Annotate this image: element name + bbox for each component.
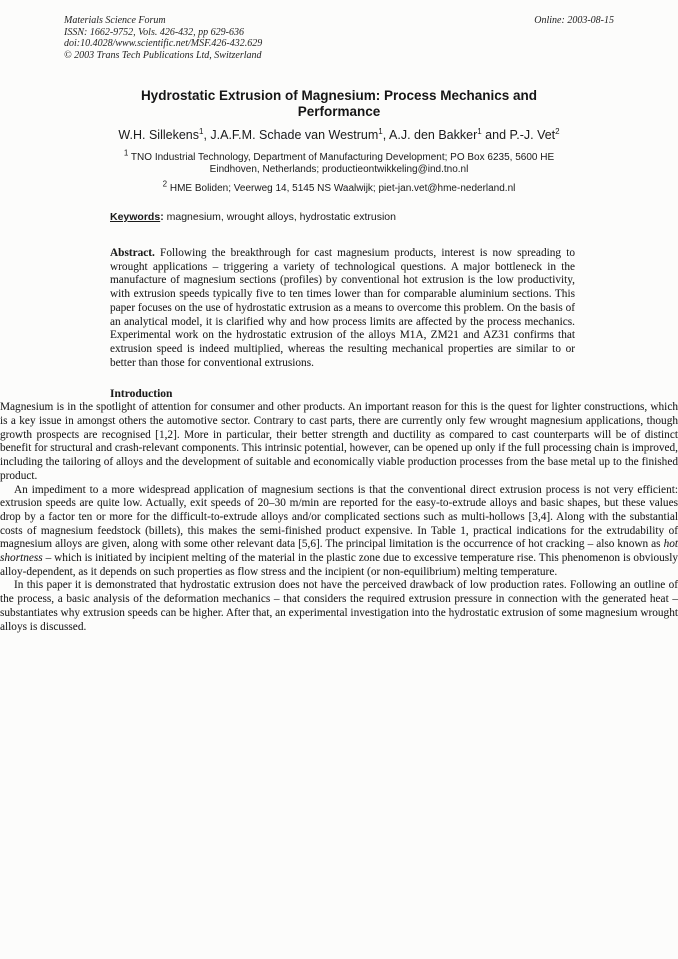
doi-line: doi:10.4028/www.scientific.net/MSF.426-4… [64,38,262,50]
author-name: , J.A.F.M. Schade van Westrum [203,128,378,142]
paragraph-2-text-after: – which is initiated by incipient meltin… [0,552,678,578]
affiliation-2: 2 HME Boliden; Veerweg 14, 5145 NS Waalw… [107,183,572,196]
paper-page: Materials Science Forum ISSN: 1662-9752,… [0,0,678,959]
section-heading-introduction: Introduction [110,387,575,401]
affiliation-2-text: HME Boliden; Veerweg 14, 5145 NS Waalwij… [167,183,515,194]
authors-line: W.H. Sillekens1, J.A.F.M. Schade van Wes… [107,127,572,144]
author-name: W.H. Sillekens [118,128,199,142]
paper-title: Hydrostatic Extrusion of Magnesium: Proc… [129,88,549,120]
issn-volume-pages-line: ISSN: 1662-9752, Vols. 426-432, pp 629-6… [64,27,262,39]
affiliation-1-text: TNO Industrial Technology, Department of… [128,152,554,176]
abstract-paragraph: Abstract. Following the breakthrough for… [110,247,575,370]
keywords-line: Keywords: magnesium, wrought alloys, hyd… [110,211,575,224]
author-name: Vet [537,128,555,142]
author-affiliation-ref: 2 [555,127,559,136]
journal-info-block: Materials Science Forum ISSN: 1662-9752,… [64,15,262,61]
affiliation-1: 1 TNO Industrial Technology, Department … [107,152,572,177]
online-date: Online: 2003-08-15 [534,15,614,27]
introduction-paragraph-1: Magnesium is in the spotlight of attenti… [0,401,678,483]
keywords-label: Keywords [110,211,160,223]
introduction-paragraph-2: An impediment to a more widespread appli… [0,484,678,580]
journal-name: Materials Science Forum [64,15,262,27]
author-name: and P.-J. [482,128,537,142]
paragraph-2-text-before: An impediment to a more widespread appli… [0,484,678,551]
author-name: , A.J. den Bakker [383,128,478,142]
abstract-text: Following the breakthrough for cast magn… [110,247,575,369]
keywords-list: magnesium, wrought alloys, hydrostatic e… [164,211,396,223]
journal-header: Materials Science Forum ISSN: 1662-9752,… [64,0,614,61]
abstract-label: Abstract. [110,247,155,259]
copyright-line: © 2003 Trans Tech Publications Ltd, Swit… [64,50,262,62]
introduction-paragraph-3: In this paper it is demonstrated that hy… [0,579,678,634]
